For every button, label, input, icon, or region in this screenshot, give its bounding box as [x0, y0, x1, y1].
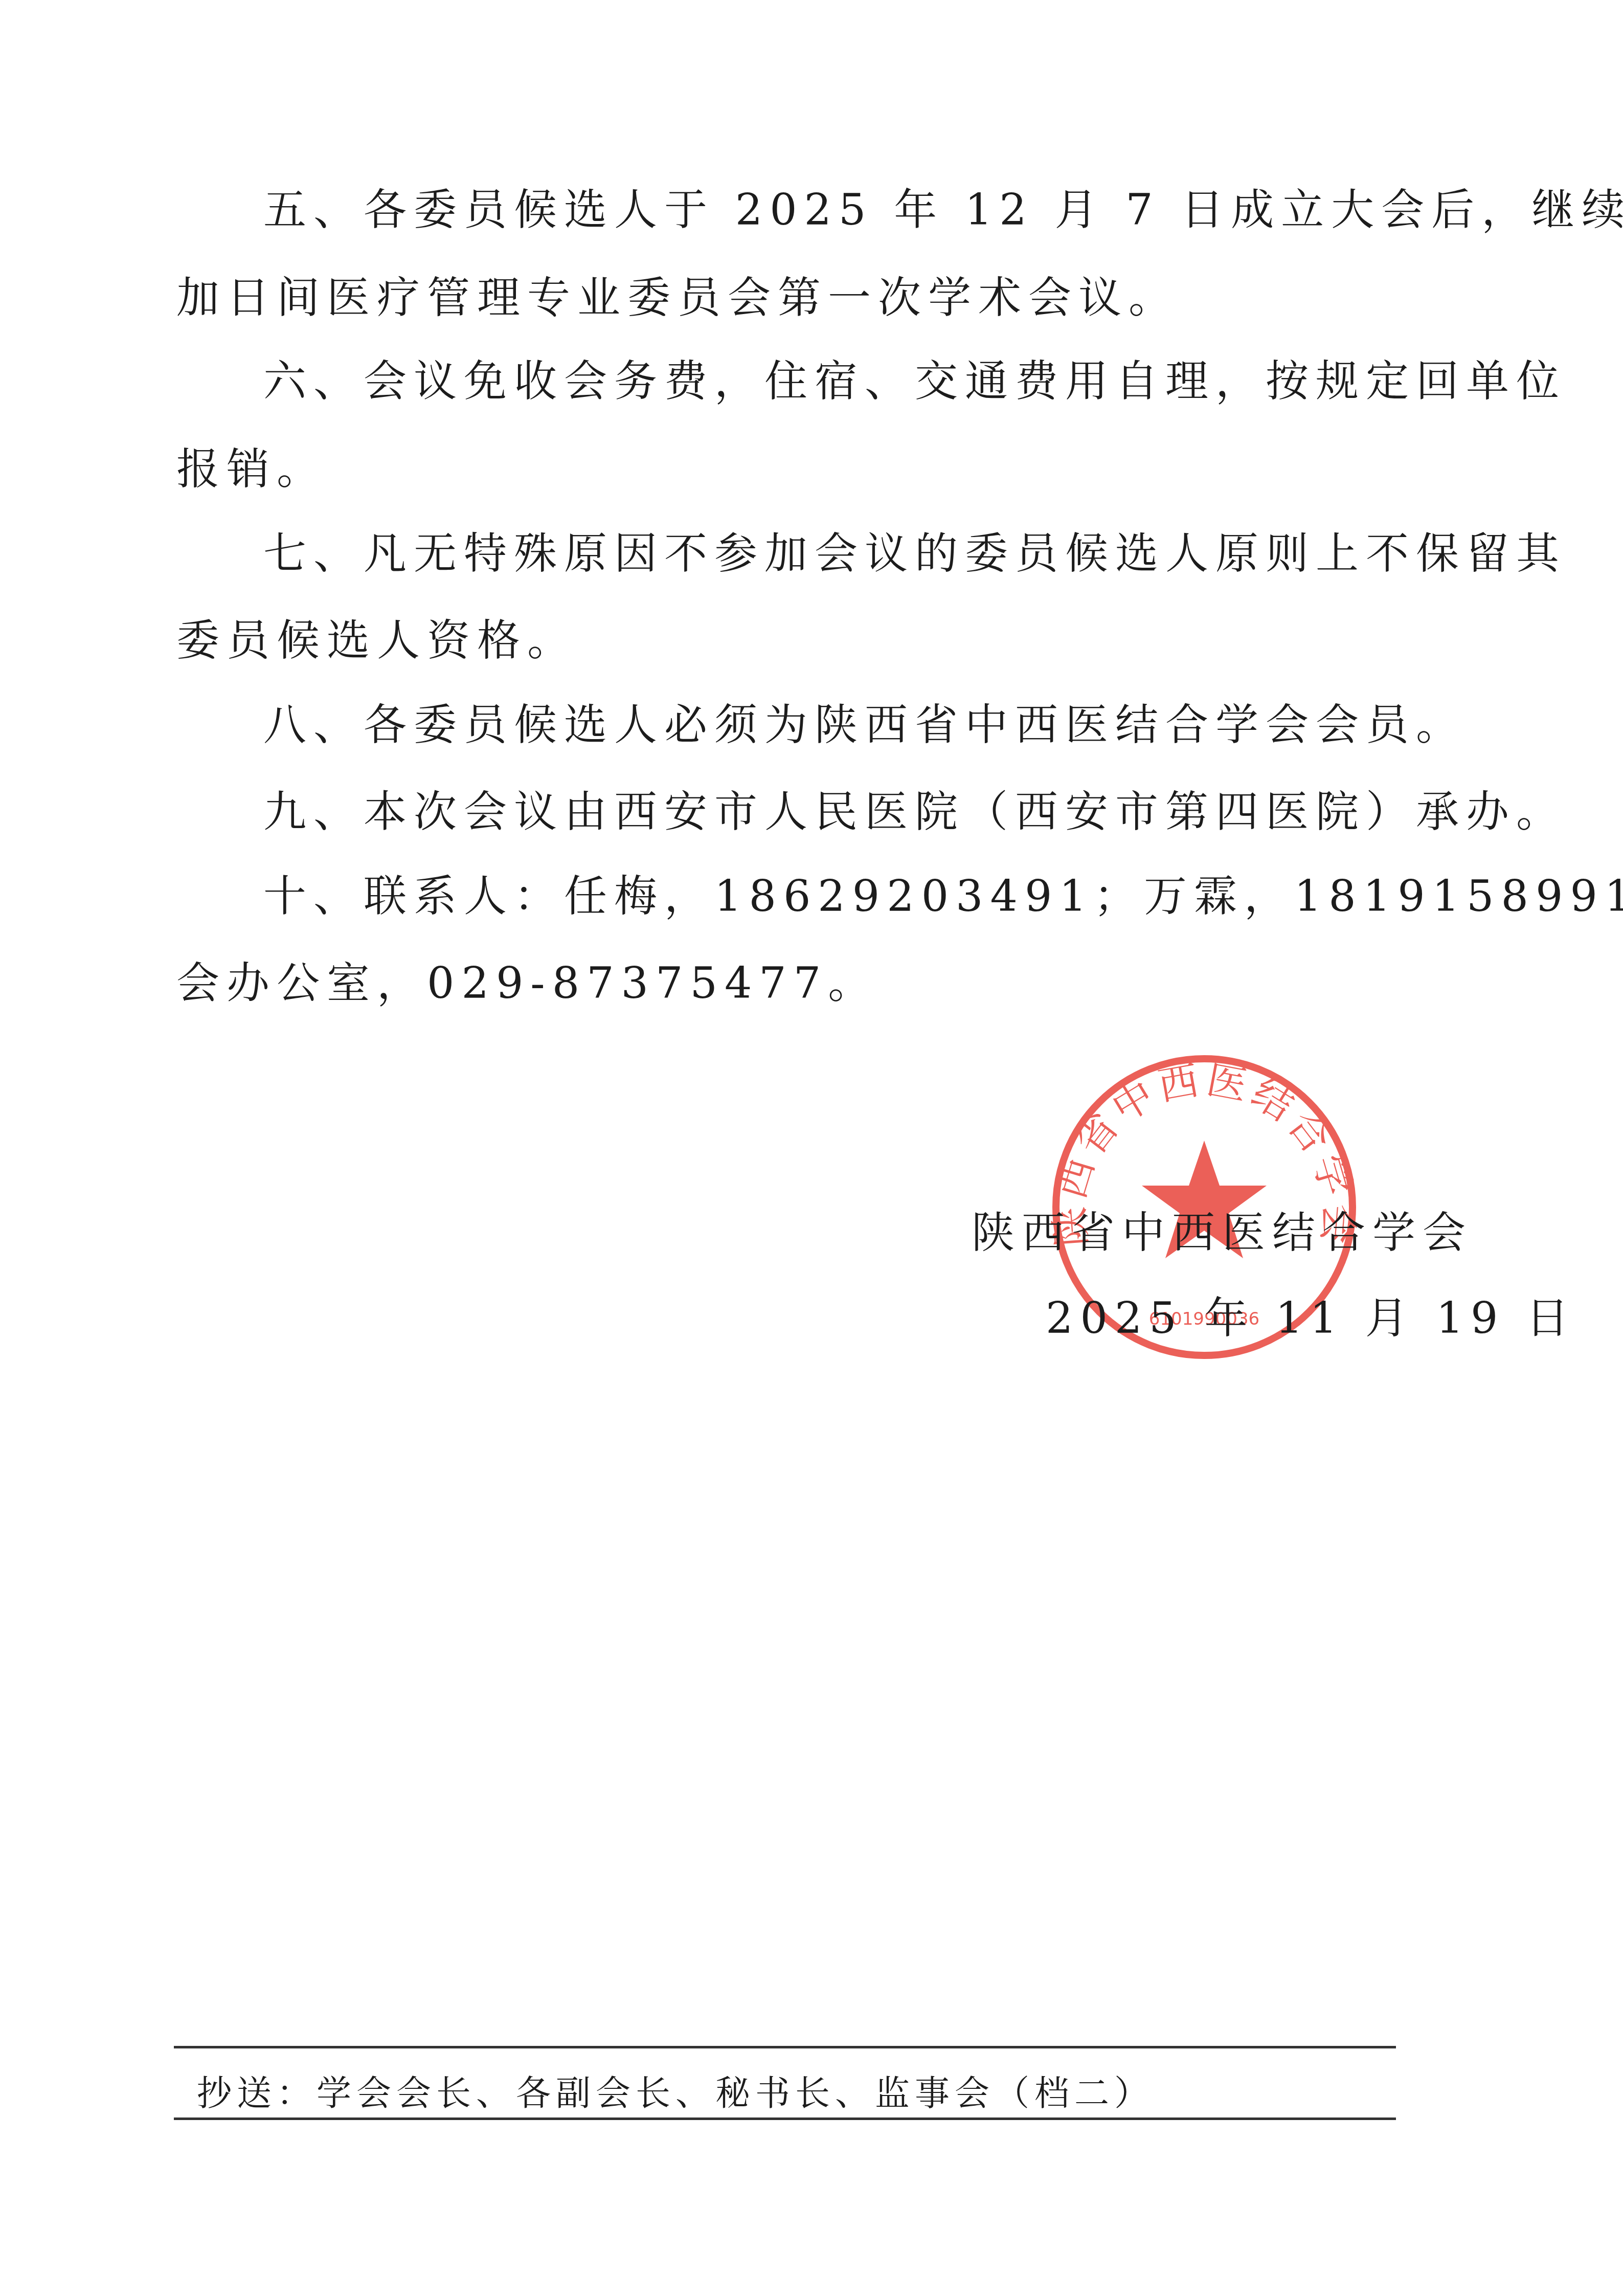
signature-organization: 陕西省中西医结合学会: [972, 1211, 1473, 1254]
item-6-line-2: 报销。: [176, 448, 327, 491]
item-6-line-1: 六、会议免收会务费，住宿、交通费用自理，按规定回单位: [263, 360, 1566, 403]
item-5-line-2: 加日间医疗管理专业委员会第一次学术会议。: [176, 276, 1179, 319]
signature-date: 2025 年 11 月 19 日: [1046, 1297, 1576, 1340]
item-10-line-2: 会办公室，029-87375477。: [176, 962, 878, 1005]
item-5-line-1: 五、各委员候选人于 2025 年 12 月 7 日成立大会后，继续参: [263, 188, 1623, 231]
item-9-line-1: 九、本次会议由西安市人民医院（西安市第四医院）承办。: [263, 790, 1566, 833]
cc-top-rule: [174, 2046, 1396, 2048]
item-7-line-1: 七、凡无特殊原因不参加会议的委员候选人原则上不保留其: [263, 532, 1566, 575]
item-10-line-1: 十、联系人：任梅，18629203491；万霖，18191589910；学: [263, 875, 1623, 918]
item-8-line-1: 八、各委员候选人必须为陕西省中西医结合学会会员。: [263, 703, 1466, 746]
cc-bottom-rule: [174, 2117, 1396, 2120]
cc-list: 抄送：学会会长、各副会长、秘书长、监事会（档二）: [197, 2077, 1154, 2111]
item-7-line-2: 委员候选人资格。: [176, 619, 577, 662]
